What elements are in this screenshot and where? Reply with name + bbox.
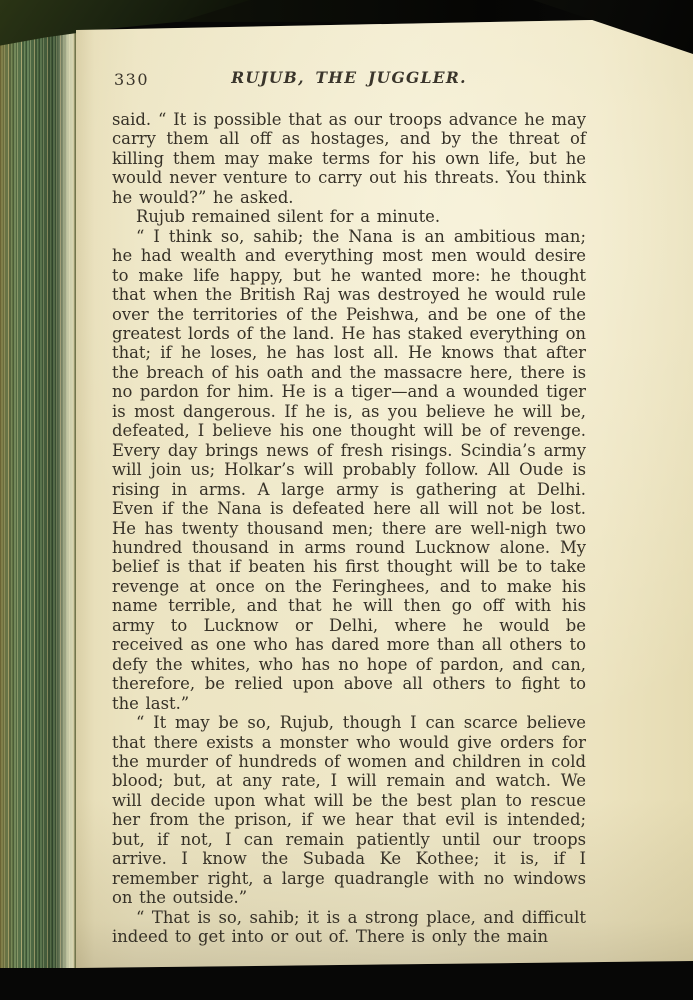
paragraph: “ It may be so, Rujub, though I can scar… xyxy=(112,713,586,908)
paragraph: “ That is so, sahib; it is a strong plac… xyxy=(112,908,586,947)
running-title: RUJUB, THE JUGGLER. xyxy=(112,68,586,87)
paragraph: “ I think so, sahib; the Nana is an ambi… xyxy=(112,227,586,713)
paragraph: said. “ It is possible that as our troop… xyxy=(112,110,586,207)
page-number: 330 xyxy=(114,70,149,89)
book-photograph: 330 RUJUB, THE JUGGLER. said. “ It is po… xyxy=(0,0,693,1000)
fanned-page-edges xyxy=(0,20,80,968)
page-body-text: said. “ It is possible that as our troop… xyxy=(112,110,586,946)
page-header: 330 RUJUB, THE JUGGLER. xyxy=(112,68,586,92)
printed-text-column: 330 RUJUB, THE JUGGLER. said. “ It is po… xyxy=(112,68,586,946)
paragraph: Rujub remained silent for a minute. xyxy=(112,207,586,226)
